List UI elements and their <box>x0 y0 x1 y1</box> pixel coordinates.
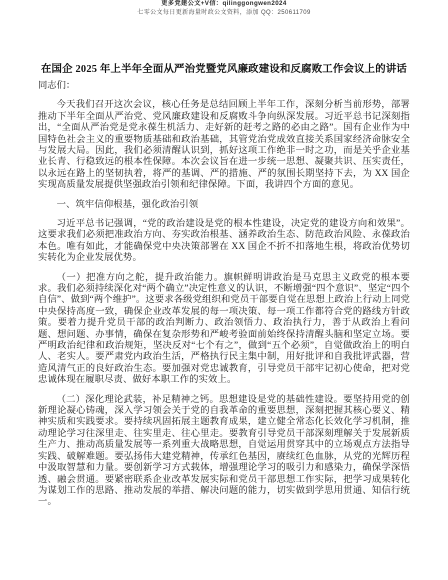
paragraph-intro: 今天我们召开这次会议，核心任务是总结回顾上半年工作，深刻分析当前形势，部署推动下… <box>38 100 410 191</box>
header-contact-line: 七零公文每日更新海量时政公文资料，添加 QQ：250611709 <box>0 10 448 17</box>
page-header: 更多党建公文+V信：qilinggongwen2024 七零公文每日更新海量时政… <box>0 0 448 17</box>
section-heading-1: 一、筑牢信仰根基，强化政治引领 <box>38 200 410 211</box>
paragraph-political-guidance: 习近平总书记强调，“党的政治建设是党的根本性建设，决定党的建设方向和效果”。这要… <box>38 219 410 265</box>
document-title: 在国企 2025 年上半年全面从严治党暨党风廉政建设和反腐败工作会议上的讲话 <box>38 63 410 76</box>
document-page: 更多党建公文+V信：qilinggongwen2024 七零公文每日更新海量时政… <box>0 0 448 580</box>
document-content: 在国企 2025 年上半年全面从严治党暨党风廉政建设和反腐败工作会议上的讲话 同… <box>38 63 410 509</box>
paragraph-point-1: （一）把准方向之舵，提升政治能力。旗帜鲜明讲政治是马克思主义政党的根本要求。我们… <box>38 273 410 387</box>
paragraph-point-2: （二）深化理论武装，补足精神之钙。思想建设是党的基础性建设。要坚持用党的创新理论… <box>38 395 410 509</box>
header-promo-line: 更多党建公文+V信：qilinggongwen2024 <box>0 1 448 8</box>
salutation: 同志们： <box>38 81 410 92</box>
